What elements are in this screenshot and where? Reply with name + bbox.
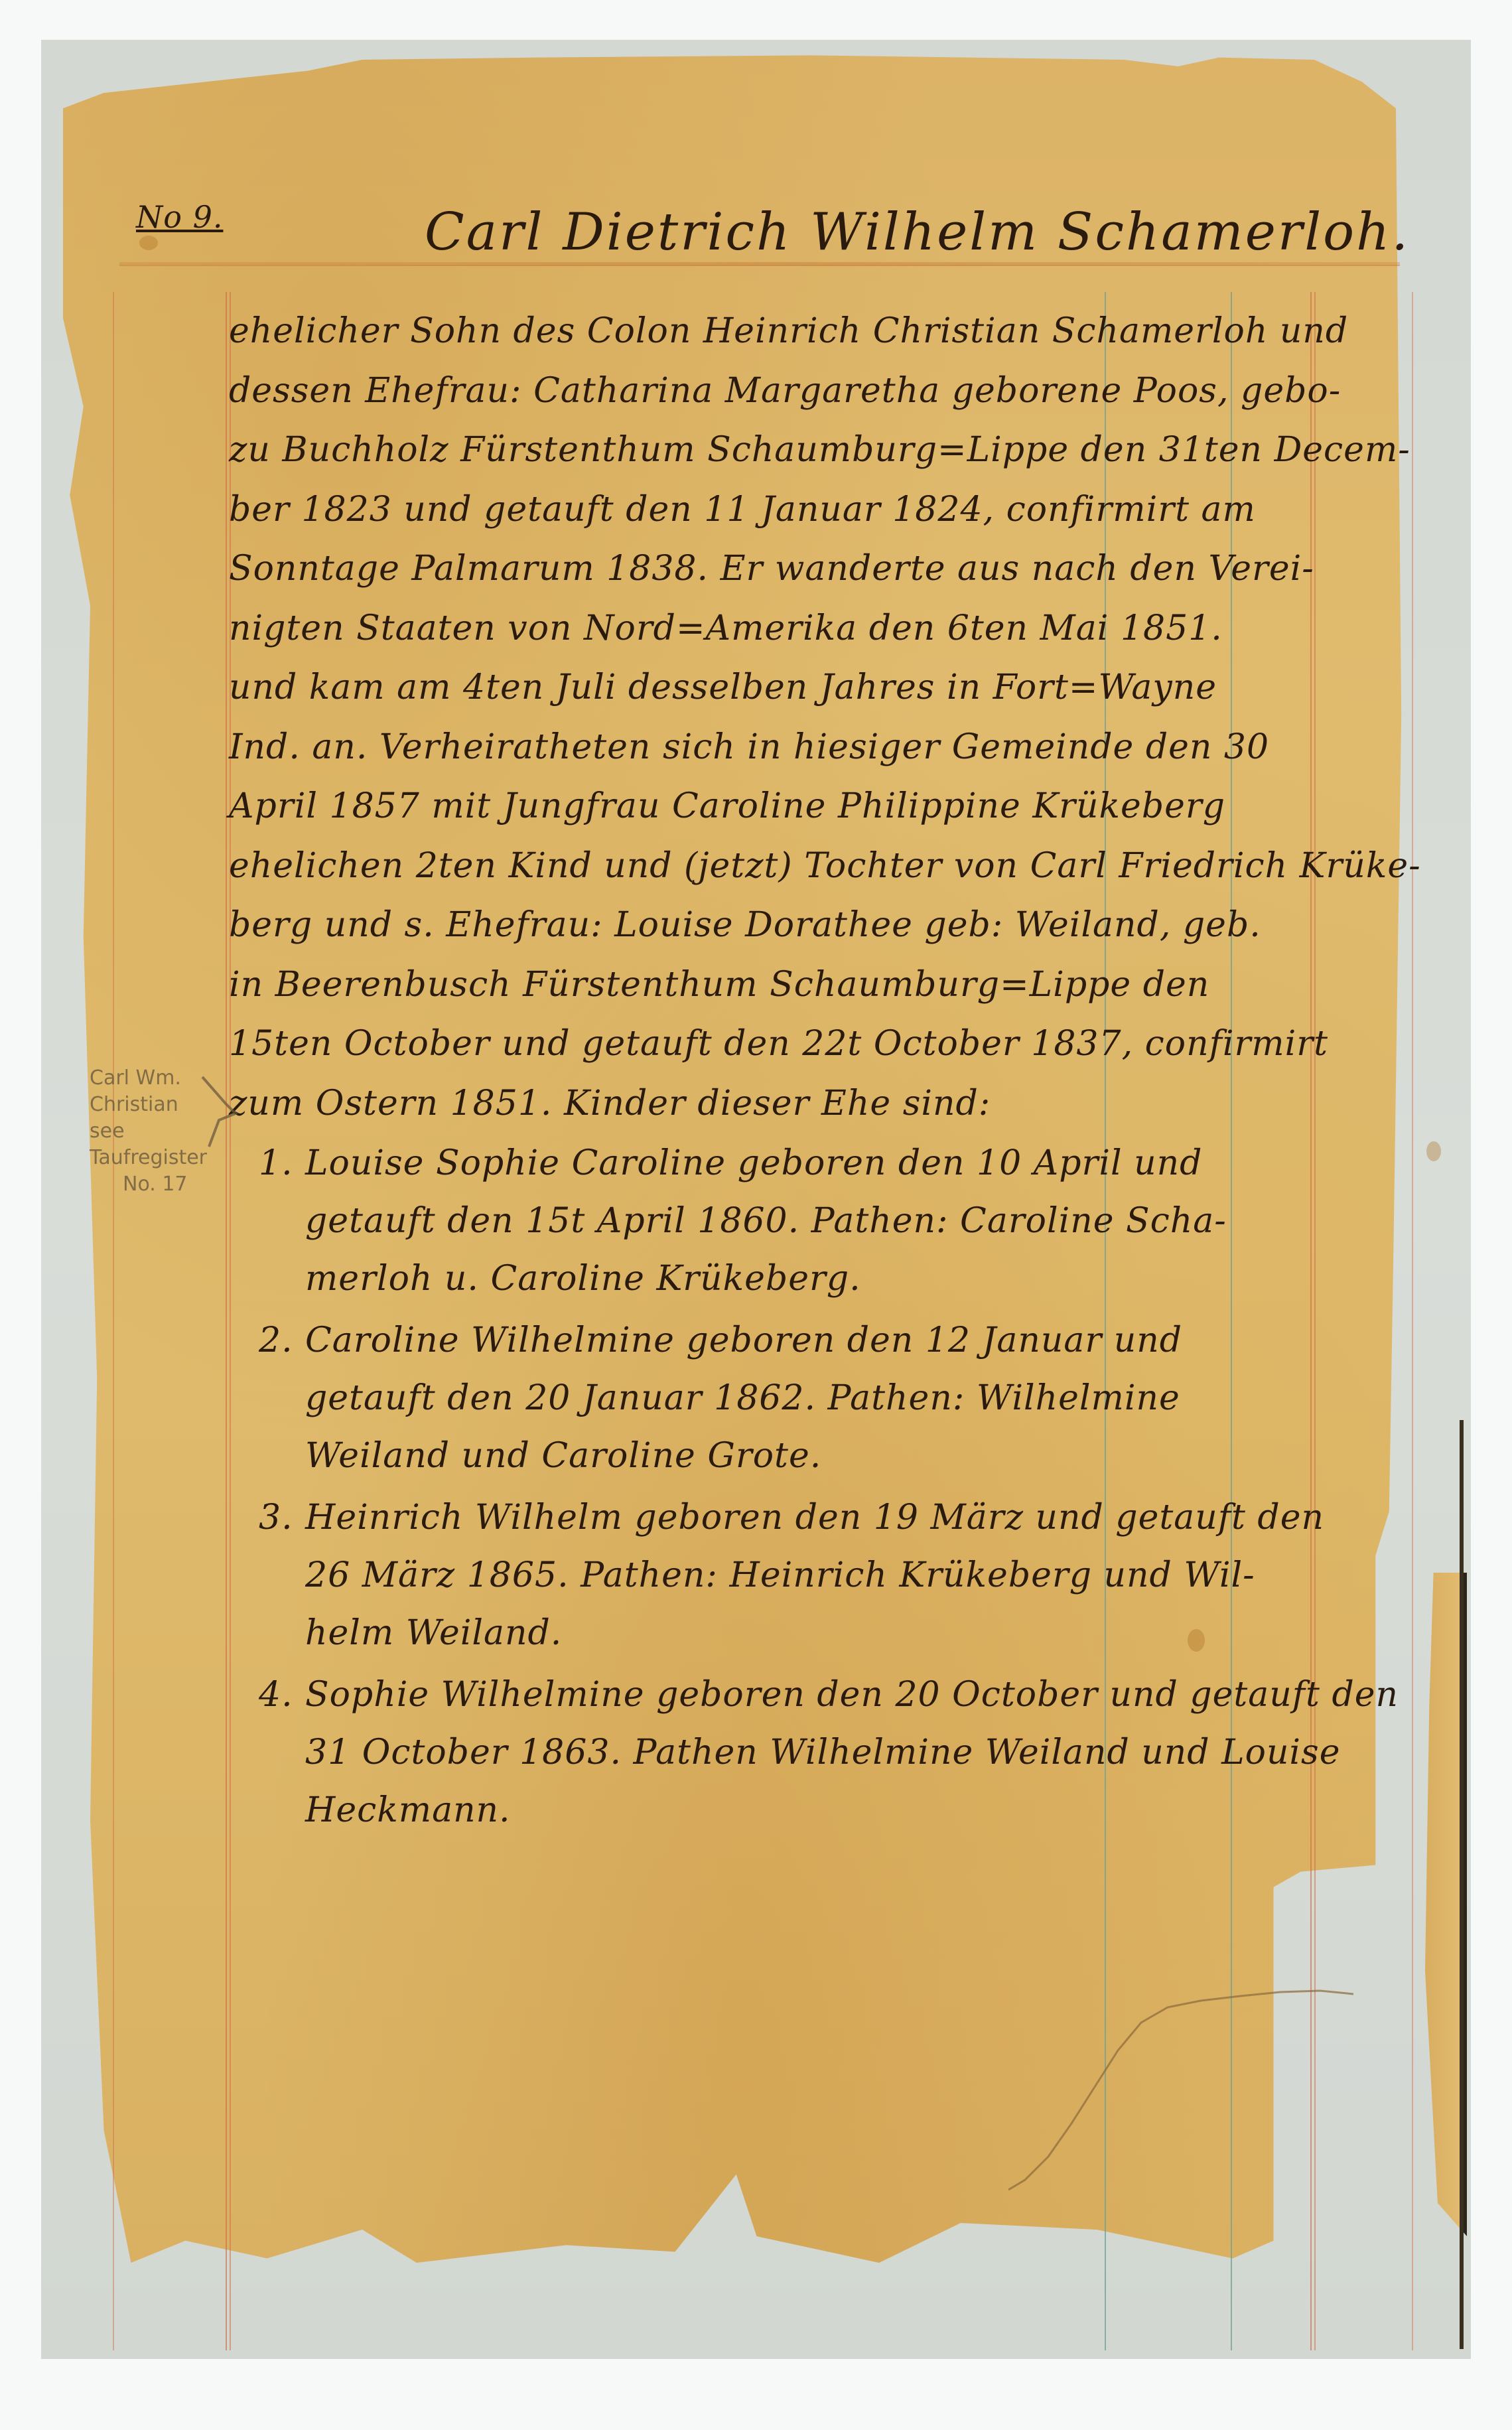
body-line: ehelichen 2ten Kind und (jetzt) Tochter … [229, 837, 1436, 896]
body-line: Sonntage Palmarum 1838. Er wanderte aus … [229, 539, 1436, 599]
paper-crack [1008, 1944, 1407, 2196]
child-line: getauft den 15t April 1860. Pathen: Caro… [259, 1192, 1440, 1250]
body-line: ber 1823 und getauft den 11 Januar 1824,… [229, 480, 1436, 540]
header-rule [119, 262, 1400, 266]
child-number: 1. [259, 1135, 293, 1192]
entry-title: Carl Dietrich Wilhelm Schamerloh. [425, 202, 1410, 262]
body-line: nigten Staaten von Nord=Amerika den 6ten… [229, 599, 1436, 659]
body-line: und kam am 4ten Juli desselben Jahres in… [229, 658, 1436, 718]
body-line: 15ten October und getauft den 22t Octobe… [229, 1015, 1436, 1074]
body-line: berg und s. Ehefrau: Louise Dorathee geb… [229, 896, 1436, 956]
body-line: Ind. an. Verheiratheten sich in hiesiger… [229, 718, 1436, 778]
entry-number: No 9. [136, 199, 223, 235]
note-line: see [90, 1118, 207, 1145]
child-line: merloh u. Caroline Krükeberg. [259, 1250, 1440, 1308]
child-line: getauft den 20 Januar 1862. Pathen: Wilh… [259, 1370, 1440, 1427]
note-line: Carl Wm. [90, 1065, 207, 1092]
child-entry-3: 3. Heinrich Wilhelm geboren den 19 März … [259, 1489, 1440, 1662]
body-line: April 1857 mit Jungfrau Caroline Philipp… [229, 777, 1436, 837]
entry-body: ehelicher Sohn des Colon Heinrich Christ… [229, 302, 1436, 1133]
child-number: 2. [259, 1312, 293, 1370]
child-line: Sophie Wilhelmine geboren den 20 October… [305, 1675, 1399, 1715]
child-line: Weiland und Caroline Grote. [259, 1427, 1440, 1485]
child-line: Caroline Wilhelmine geboren den 12 Janua… [305, 1321, 1182, 1360]
child-number: 3. [259, 1489, 293, 1547]
margin-rule-inner [226, 292, 227, 2350]
child-line: Heinrich Wilhelm geboren den 19 März und… [305, 1498, 1324, 1537]
child-line: Louise Sophie Caroline geboren den 10 Ap… [305, 1143, 1202, 1183]
child-entry-4: 4. Sophie Wilhelmine geboren den 20 Octo… [259, 1666, 1440, 1839]
child-line: Heckmann. [259, 1782, 1440, 1839]
pencil-margin-note: Carl Wm. Christian see Taufregister No. … [90, 1065, 207, 1198]
child-entry-1: 1. Louise Sophie Caroline geboren den 10… [259, 1135, 1440, 1308]
body-line: dessen Ehefrau: Catharina Margaretha geb… [229, 362, 1436, 421]
pencil-bracket-arrow-icon [199, 1074, 239, 1153]
note-line: No. 17 [90, 1171, 207, 1198]
binding-edge [1460, 1420, 1464, 2349]
body-line: zum Ostern 1851. Kinder dieser Ehe sind: [229, 1074, 1436, 1134]
body-line: in Beerenbusch Fürstenthum Schaumburg=Li… [229, 956, 1436, 1015]
body-line: zu Buchholz Fürstenthum Schaumburg=Lippe… [229, 421, 1436, 480]
child-line: 31 October 1863. Pathen Wilhelmine Weila… [259, 1724, 1440, 1782]
child-number: 4. [259, 1666, 293, 1724]
note-line: Taufregister [90, 1145, 207, 1171]
children-list: 1. Louise Sophie Caroline geboren den 10… [259, 1135, 1440, 1843]
note-line: Christian [90, 1092, 207, 1118]
body-line: ehelicher Sohn des Colon Heinrich Christ… [229, 302, 1436, 362]
child-line: 26 März 1865. Pathen: Heinrich Krükeberg… [259, 1547, 1440, 1605]
margin-rule-outer [113, 292, 114, 2350]
child-entry-2: 2. Caroline Wilhelmine geboren den 12 Ja… [259, 1312, 1440, 1485]
foxing-stain [139, 236, 158, 250]
child-line: helm Weiland. [259, 1605, 1440, 1662]
